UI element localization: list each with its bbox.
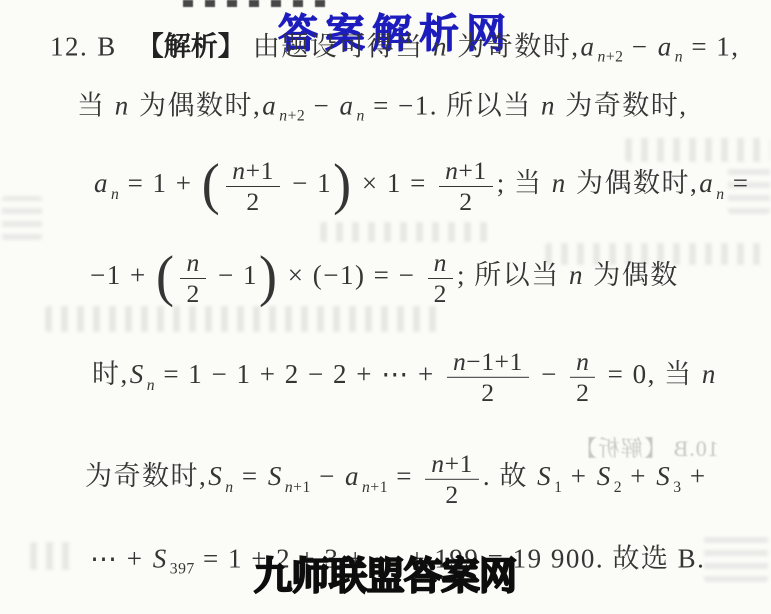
variable: S xyxy=(656,461,671,491)
question-number: 12. xyxy=(50,31,88,61)
math-text: 为偶数时, xyxy=(568,168,699,198)
variable: n xyxy=(115,90,130,120)
denominator: 2 xyxy=(246,187,259,216)
math-text: = 1 + xyxy=(119,168,200,198)
variable: S xyxy=(130,359,145,389)
variable: S xyxy=(153,543,168,573)
big-paren: ( xyxy=(202,151,221,216)
variable: n xyxy=(702,359,717,389)
answer-letter: B xyxy=(97,31,117,61)
variable: S xyxy=(597,461,612,491)
numerator: n+1 xyxy=(226,157,280,187)
math-text: 由题设可得当 xyxy=(253,31,432,61)
math-text: . 故 xyxy=(483,461,536,491)
variable: S xyxy=(268,461,283,491)
subscript: n+1 xyxy=(362,479,388,496)
denominator: 2 xyxy=(186,279,199,308)
solution-line-3: an = 1 + (n+12 − 1) × 1 = n+12; 当 n 为偶数时… xyxy=(93,155,750,217)
denominator: 2 xyxy=(434,279,447,308)
variable: a xyxy=(658,31,673,61)
math-text: + xyxy=(622,461,655,491)
variable: a xyxy=(699,168,714,198)
bleed-through-mark xyxy=(625,138,770,162)
solution-line-5: 时,Sn = 1 − 1 + 2 − 2 + ⋯ + n−1+12 − n2 =… xyxy=(92,348,718,406)
variable: n xyxy=(552,168,567,198)
numerator: n xyxy=(180,249,205,279)
numerator: n+1 xyxy=(425,450,479,480)
denominator: 2 xyxy=(445,480,458,509)
variable: a xyxy=(345,461,360,491)
scanned-answer-page: 答案解析网 12.B【解析】由题设可得当 n 为奇数时,an+2 − an = … xyxy=(0,0,771,614)
math-text: = 1 − 1 + 2 − 2 + ⋯ + xyxy=(155,359,443,389)
math-text: × (−1) = − xyxy=(280,260,424,290)
math-text: − xyxy=(311,461,344,491)
math-text: − xyxy=(305,90,338,120)
analysis-tag: 【解析】 xyxy=(137,31,245,61)
subscript: n xyxy=(356,108,364,125)
watermark-bottom: 九师联盟答案网 xyxy=(254,545,517,600)
math-text: −1 + xyxy=(90,260,155,290)
big-paren: ) xyxy=(259,243,278,308)
math-text: ; 当 xyxy=(497,168,551,198)
fraction: n2 xyxy=(570,348,595,406)
solution-line-2: 当 n 为偶数时,an+2 − an = −1. 所以当 n 为奇数时, xyxy=(77,83,688,124)
math-text: − xyxy=(624,31,657,61)
fraction: n−1+12 xyxy=(447,348,529,406)
fraction: n+12 xyxy=(425,450,479,508)
subscript: n xyxy=(147,377,155,394)
bleed-through-mark xyxy=(30,542,78,570)
fraction: n2 xyxy=(180,249,205,307)
bleed-through-mark xyxy=(545,243,765,265)
math-text: = 1, xyxy=(683,31,739,61)
numerator: n−1+1 xyxy=(447,348,529,378)
fraction: n+12 xyxy=(226,157,280,215)
math-text: + xyxy=(562,461,595,491)
math-text: − xyxy=(533,359,566,389)
subscript: 3 xyxy=(673,479,681,496)
math-text: 为奇数时, xyxy=(449,31,580,61)
fraction: n2 xyxy=(428,249,453,307)
math-text: × 1 = xyxy=(354,168,435,198)
bleed-through-mark xyxy=(45,306,445,332)
variable: S xyxy=(208,461,223,491)
math-text: 为奇数时, xyxy=(85,461,207,491)
variable: n xyxy=(433,31,448,61)
math-text: = 0, 当 xyxy=(599,359,700,389)
denominator: 2 xyxy=(481,378,494,407)
bleed-through-text: 10.B 【解析】 xyxy=(574,432,719,463)
big-paren: ( xyxy=(156,243,175,308)
math-text: − 1 xyxy=(284,168,332,198)
line-1-content: 由题设可得当 n 为奇数时,an+2 − an = 1, xyxy=(253,31,740,61)
subscript: n xyxy=(225,479,233,496)
variable: S xyxy=(537,461,552,491)
denominator: 2 xyxy=(576,378,589,407)
variable: n xyxy=(541,90,556,120)
math-text: = xyxy=(388,461,421,491)
variable: a xyxy=(94,168,109,198)
subscript: 397 xyxy=(170,561,195,578)
math-text: 为奇数时, xyxy=(557,90,688,120)
math-text: = xyxy=(234,461,267,491)
subscript: n+1 xyxy=(285,479,311,496)
bleed-through-mark xyxy=(320,222,490,242)
math-text: = −1. 所以当 xyxy=(365,90,540,120)
numerator: n xyxy=(428,249,453,279)
subscript: 2 xyxy=(614,479,622,496)
subscript: n+2 xyxy=(279,108,305,125)
bleed-through-mark xyxy=(704,536,768,582)
variable: a xyxy=(581,31,596,61)
math-text: 当 xyxy=(77,90,114,120)
variable: a xyxy=(339,90,354,120)
numerator: n+1 xyxy=(439,157,493,187)
fraction: n+12 xyxy=(439,157,493,215)
math-text: − 1 xyxy=(210,260,258,290)
numerator: n xyxy=(570,348,595,378)
subscript: n+2 xyxy=(598,49,624,66)
math-text: 为偶数时, xyxy=(131,90,262,120)
subscript: n xyxy=(716,186,724,203)
math-text: 时, xyxy=(92,359,129,389)
bleed-through-mark xyxy=(728,162,770,214)
variable: a xyxy=(262,90,277,120)
denominator: 2 xyxy=(459,187,472,216)
math-text: + xyxy=(682,461,707,491)
big-paren: ) xyxy=(333,151,352,216)
subscript: n xyxy=(675,49,683,66)
math-text: ⋯ + xyxy=(90,543,152,573)
solution-line-1: 12.B【解析】由题设可得当 n 为奇数时,an+2 − an = 1, xyxy=(50,24,740,65)
bleed-through-mark xyxy=(2,196,42,240)
